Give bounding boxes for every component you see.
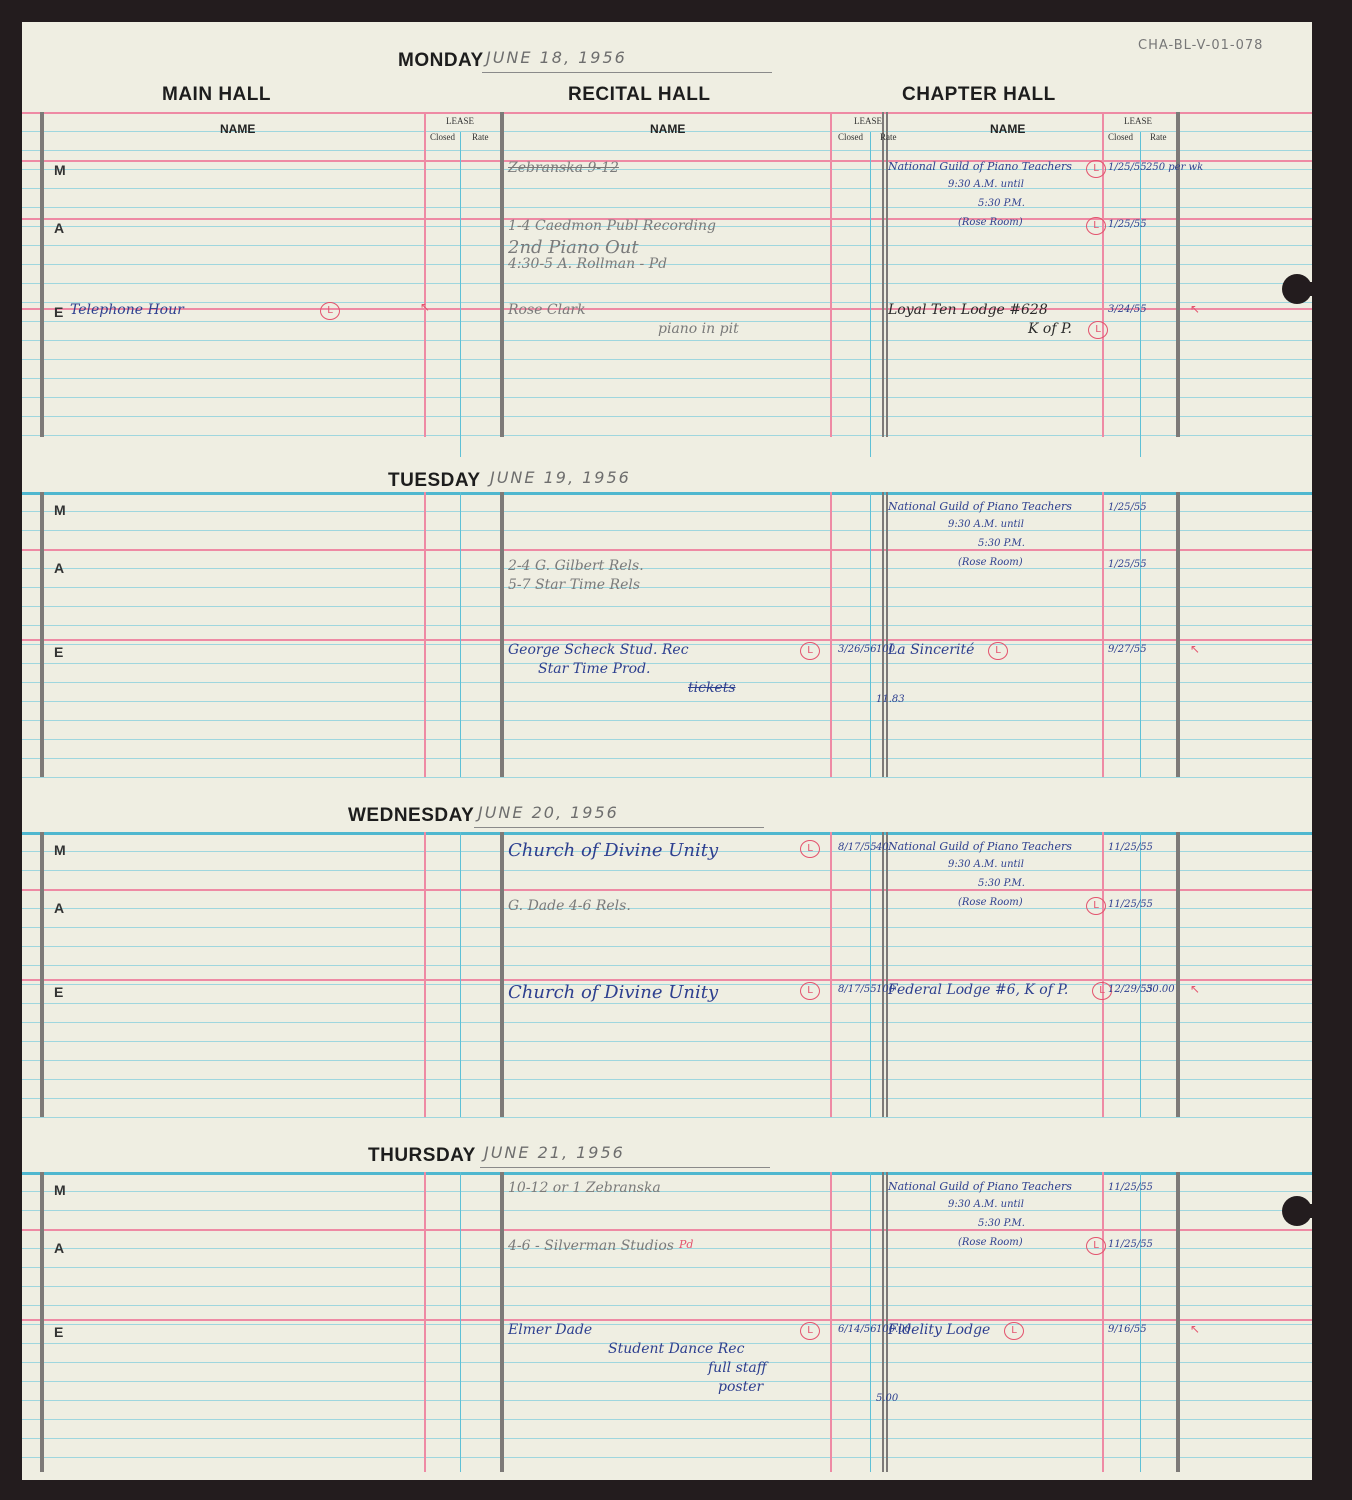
- lease-mark-icon: L: [1086, 1237, 1106, 1255]
- ruling-line: [22, 965, 1312, 966]
- column-rule: [460, 492, 461, 777]
- closed-header: Closed: [430, 132, 455, 142]
- section-top-line: [22, 112, 1312, 114]
- lease-closed-date: 11/25/55: [1108, 1182, 1153, 1193]
- day-name: TUESDAY: [388, 470, 481, 492]
- ruling-line: [22, 1362, 1312, 1363]
- ruling-line: [22, 340, 1312, 341]
- column-rule: [1178, 492, 1180, 777]
- ruling-line: [22, 739, 1312, 740]
- booking-entry: 4-6 - Silverman Studios: [508, 1238, 674, 1254]
- column-rule: [1102, 492, 1104, 777]
- column-rule: [830, 492, 832, 777]
- ruling-line: [22, 720, 1312, 721]
- ruling-line: [22, 1022, 1312, 1023]
- column-rule: [870, 832, 871, 1117]
- day-name: MONDAY: [398, 50, 484, 72]
- lease-closed-date: 8/17/55: [838, 984, 877, 995]
- booking-entry: Zebranska 9-12: [508, 160, 619, 176]
- booking-entry: Rose Clark: [508, 302, 586, 318]
- booking-entry: tickets: [688, 680, 736, 696]
- lease-mark-icon: L: [1004, 1322, 1024, 1340]
- booking-entry: 9:30 A.M. until: [948, 859, 1024, 870]
- booking-entry: Telephone Hour: [70, 302, 184, 318]
- binder-hole: [1282, 1196, 1312, 1226]
- ruling-line: [22, 359, 1312, 360]
- closed-header: Closed: [1108, 132, 1133, 142]
- ruling-line: [22, 682, 1312, 683]
- period-line: [22, 549, 1312, 551]
- rate-header: Rate: [472, 132, 489, 142]
- column-rule: [42, 112, 44, 437]
- ruling-line: [22, 302, 1312, 303]
- day-date: JUNE 18, 1956: [486, 48, 627, 67]
- lease-rate: 40: [876, 842, 889, 853]
- binder-hole: [1282, 274, 1312, 304]
- ruling-line: [22, 435, 1312, 436]
- day-grid: NAMENAMENAMELEASEClosedRateLEASEClosedRa…: [40, 112, 1312, 437]
- column-rule: [830, 112, 832, 437]
- ruling-line: [22, 927, 1312, 928]
- lease-rate: 5.00: [876, 1393, 898, 1404]
- period-label-m: M: [54, 502, 66, 518]
- column-rule: [1178, 112, 1180, 437]
- ruling-line: [22, 1117, 1312, 1118]
- column-rule: [830, 1172, 832, 1472]
- day-name: THURSDAY: [368, 1145, 476, 1167]
- ruling-line: [22, 283, 1312, 284]
- date-underline: [474, 827, 764, 828]
- period-line: [22, 1319, 1312, 1321]
- ledger-page: CHA-BL-V-01-078 MAIN HALL RECITAL HALL C…: [22, 22, 1312, 1480]
- ruling-line: [22, 245, 1312, 246]
- ruling-line: [22, 1041, 1312, 1042]
- booking-entry: 2-4 G. Gilbert Rels.: [508, 558, 644, 574]
- booking-entry: La Sincerité: [888, 642, 974, 658]
- column-rule: [42, 832, 44, 1117]
- column-rule: [882, 492, 884, 777]
- column-rule: [1102, 1172, 1104, 1472]
- column-rule: [870, 1172, 871, 1472]
- booking-entry: Federal Lodge #6, K of P.: [888, 982, 1068, 998]
- lease-closed-date: 9/27/55: [1108, 644, 1147, 655]
- rate-header: Rate: [1150, 132, 1167, 142]
- period-label-e: E: [54, 304, 63, 320]
- column-rule: [1140, 492, 1141, 777]
- booking-entry: 9:30 A.M. until: [948, 519, 1024, 530]
- lease-mark-icon: L: [320, 302, 340, 320]
- lease-closed-date: 11/25/55: [1108, 1239, 1153, 1250]
- column-rule: [1102, 832, 1104, 1117]
- ruling-line: [22, 1060, 1312, 1061]
- column-rule: [886, 492, 888, 777]
- column-rule: [882, 1172, 884, 1472]
- ruling-line: [22, 1400, 1312, 1401]
- date-underline: [482, 72, 772, 73]
- booking-entry: George Scheck Stud. Rec: [508, 642, 689, 658]
- ruling-line: [22, 1419, 1312, 1420]
- name-header-main: NAME: [220, 122, 255, 136]
- period-label-a: A: [54, 560, 64, 576]
- booking-entry: (Rose Room): [958, 1237, 1023, 1248]
- lease-mark-icon: L: [1086, 217, 1106, 235]
- column-rule: [870, 492, 871, 777]
- period-label-a: A: [54, 220, 64, 236]
- column-rule: [1140, 132, 1141, 457]
- column-rule: [502, 832, 504, 1117]
- column-rule: [424, 1172, 426, 1472]
- column-rule: [1178, 1172, 1180, 1472]
- lease-mark-icon: L: [800, 1322, 820, 1340]
- recital-hall-title: RECITAL HALL: [568, 84, 711, 106]
- lease-header: LEASE: [1124, 116, 1152, 126]
- lease-closed-date: 1/25/55: [1108, 502, 1147, 513]
- booking-entry: Church of Divine Unity: [508, 982, 718, 1003]
- day-grid: MAE2-4 G. Gilbert Rels.5-7 Star Time Rel…: [40, 492, 1312, 777]
- ruling-line: [22, 946, 1312, 947]
- booking-entry: K of P.: [1028, 321, 1072, 337]
- column-rule: [424, 492, 426, 777]
- booking-entry: 5:30 P.M.: [978, 878, 1025, 889]
- column-rule: [882, 112, 884, 437]
- ruling-line: [22, 1438, 1312, 1439]
- ruling-line: [22, 606, 1312, 607]
- ruling-line: [22, 587, 1312, 588]
- day-date: JUNE 19, 1956: [490, 468, 631, 487]
- period-label-e: E: [54, 984, 63, 1000]
- ruling-line: [22, 1267, 1312, 1268]
- chapter-hall-title: CHAPTER HALL: [902, 84, 1056, 106]
- closed-header: Closed: [838, 132, 863, 142]
- booking-entry: full staff: [708, 1360, 767, 1376]
- booking-entry: 9:30 A.M. until: [948, 1199, 1024, 1210]
- booking-entry: 9:30 A.M. until: [948, 179, 1024, 190]
- ruling-line: [22, 663, 1312, 664]
- ruling-line: [22, 1457, 1312, 1458]
- period-label-a: A: [54, 1240, 64, 1256]
- booking-entry: National Guild of Piano Teachers: [888, 840, 1072, 853]
- column-rule: [1140, 832, 1141, 1117]
- lease-closed-date: 1/25/55: [1108, 559, 1147, 570]
- lease-closed-date: 1/25/55: [1108, 162, 1147, 173]
- day-date: JUNE 21, 1956: [484, 1143, 625, 1162]
- period-line: [22, 1229, 1312, 1231]
- booking-entry: 1-4 Caedmon Publ Recording: [508, 218, 716, 234]
- lease-mark-icon: L: [1088, 321, 1108, 339]
- lease-rate: 11.83: [876, 694, 905, 705]
- lease-rate: 250 per wk: [1146, 162, 1203, 173]
- booking-entry: (Rose Room): [958, 217, 1023, 228]
- column-rule: [424, 112, 426, 437]
- section-top-line: [22, 492, 1312, 495]
- lease-mark-icon: L: [800, 840, 820, 858]
- period-line: [22, 889, 1312, 891]
- booking-entry: piano in pit: [658, 321, 739, 337]
- booking-entry: Loyal Ten Lodge #628: [888, 302, 1048, 318]
- column-rule: [502, 1172, 504, 1472]
- archive-id: CHA-BL-V-01-078: [1138, 38, 1263, 53]
- column-rule: [460, 832, 461, 1117]
- column-rule: [502, 492, 504, 777]
- checkmark-icon: ↖: [420, 300, 430, 314]
- name-header-chapter: NAME: [990, 122, 1025, 136]
- lease-closed-date: 9/16/55: [1108, 1324, 1147, 1335]
- column-rule: [502, 112, 504, 437]
- paid-note: Pd: [679, 1238, 693, 1251]
- column-rule: [830, 832, 832, 1117]
- ruling-line: [22, 378, 1312, 379]
- booking-entry: 5-7 Star Time Rels: [508, 577, 640, 593]
- lease-closed-date: 11/25/55: [1108, 899, 1153, 910]
- lease-header: LEASE: [854, 116, 882, 126]
- rate-header: Rate: [880, 132, 897, 142]
- checkmark-icon: ↖: [1190, 302, 1200, 316]
- booking-entry: Star Time Prod.: [538, 661, 651, 677]
- period-label-e: E: [54, 644, 63, 660]
- lease-rate: 30.00: [1146, 984, 1175, 995]
- name-header-recital: NAME: [650, 122, 685, 136]
- booking-entry: National Guild of Piano Teachers: [888, 1180, 1072, 1193]
- period-label-m: M: [54, 162, 66, 178]
- column-rule: [886, 832, 888, 1117]
- ruling-line: [22, 1079, 1312, 1080]
- booking-entry: 4:30-5 A. Rollman - Pd: [508, 256, 667, 272]
- main-hall-title: MAIN HALL: [162, 84, 271, 106]
- booking-entry: G. Dade 4-6 Rels.: [508, 898, 631, 914]
- column-rule: [42, 492, 44, 777]
- booking-entry: 2nd Piano Out: [508, 237, 639, 258]
- lease-mark-icon: L: [1086, 897, 1106, 915]
- booking-entry: Student Dance Rec: [608, 1341, 744, 1357]
- period-label-m: M: [54, 842, 66, 858]
- ruling-line: [22, 870, 1312, 871]
- booking-entry: 5:30 P.M.: [978, 198, 1025, 209]
- ruling-line: [22, 1286, 1312, 1287]
- lease-mark-icon: L: [988, 642, 1008, 660]
- lease-closed-date: 8/17/55: [838, 842, 877, 853]
- lease-closed-date: 3/24/55: [1108, 304, 1147, 315]
- ruling-line: [22, 758, 1312, 759]
- booking-entry: Elmer Dade: [508, 1322, 592, 1338]
- booking-entry: 10-12 or 1 Zebranska: [508, 1180, 661, 1196]
- lease-closed-date: 3/26/56: [838, 644, 877, 655]
- column-rule: [424, 832, 426, 1117]
- ruling-line: [22, 416, 1312, 417]
- booking-entry: 5:30 P.M.: [978, 1218, 1025, 1229]
- column-rule: [1178, 832, 1180, 1117]
- section-top-line: [22, 1172, 1312, 1175]
- booking-entry: (Rose Room): [958, 897, 1023, 908]
- checkmark-icon: ↖: [1190, 982, 1200, 996]
- ruling-line: [22, 1305, 1312, 1306]
- checkmark-icon: ↖: [1190, 1322, 1200, 1336]
- day-date: JUNE 20, 1956: [478, 803, 619, 822]
- booking-entry: Fidelity Lodge: [888, 1322, 990, 1338]
- ruling-line: [22, 150, 1312, 151]
- period-label-a: A: [54, 900, 64, 916]
- column-rule: [882, 832, 884, 1117]
- lease-closed-date: 11/25/55: [1108, 842, 1153, 853]
- day-grid: MAEChurch of Divine UnityL8/17/5540G. Da…: [40, 832, 1312, 1117]
- page-edge: [1312, 0, 1352, 1500]
- period-line: [22, 639, 1312, 641]
- column-rule: [460, 1172, 461, 1472]
- column-rule: [460, 132, 461, 457]
- checkmark-icon: ↖: [1190, 642, 1200, 656]
- lease-closed-date: 6/14/56: [838, 1324, 877, 1335]
- column-rule: [1102, 112, 1104, 437]
- period-line: [22, 979, 1312, 981]
- ruling-line: [22, 1003, 1312, 1004]
- ruling-line: [22, 397, 1312, 398]
- lease-mark-icon: L: [800, 642, 820, 660]
- column-rule: [870, 132, 871, 457]
- lease-mark-icon: L: [800, 982, 820, 1000]
- ruling-line: [22, 777, 1312, 778]
- lease-closed-date: 1/25/55: [1108, 219, 1147, 230]
- column-rule: [1140, 1172, 1141, 1472]
- column-rule: [42, 1172, 44, 1472]
- ruling-line: [22, 1098, 1312, 1099]
- date-underline: [480, 1167, 770, 1168]
- ruling-line: [22, 1210, 1312, 1211]
- lease-header: LEASE: [446, 116, 474, 126]
- booking-entry: poster: [718, 1379, 763, 1395]
- booking-entry: National Guild of Piano Teachers: [888, 160, 1072, 173]
- day-grid: MAE10-12 or 1 Zebranska4-6 - Silverman S…: [40, 1172, 1312, 1472]
- booking-entry: (Rose Room): [958, 557, 1023, 568]
- booking-entry: 5:30 P.M.: [978, 538, 1025, 549]
- ruling-line: [22, 701, 1312, 702]
- booking-entry: Church of Divine Unity: [508, 840, 718, 861]
- ruling-line: [22, 207, 1312, 208]
- period-label-m: M: [54, 1182, 66, 1198]
- ruling-line: [22, 530, 1312, 531]
- period-label-e: E: [54, 1324, 63, 1340]
- lease-mark-icon: L: [1086, 160, 1106, 178]
- ruling-line: [22, 188, 1312, 189]
- booking-entry: National Guild of Piano Teachers: [888, 500, 1072, 513]
- ruling-line: [22, 625, 1312, 626]
- section-top-line: [22, 832, 1312, 835]
- ruling-line: [22, 1381, 1312, 1382]
- day-name: WEDNESDAY: [348, 805, 474, 827]
